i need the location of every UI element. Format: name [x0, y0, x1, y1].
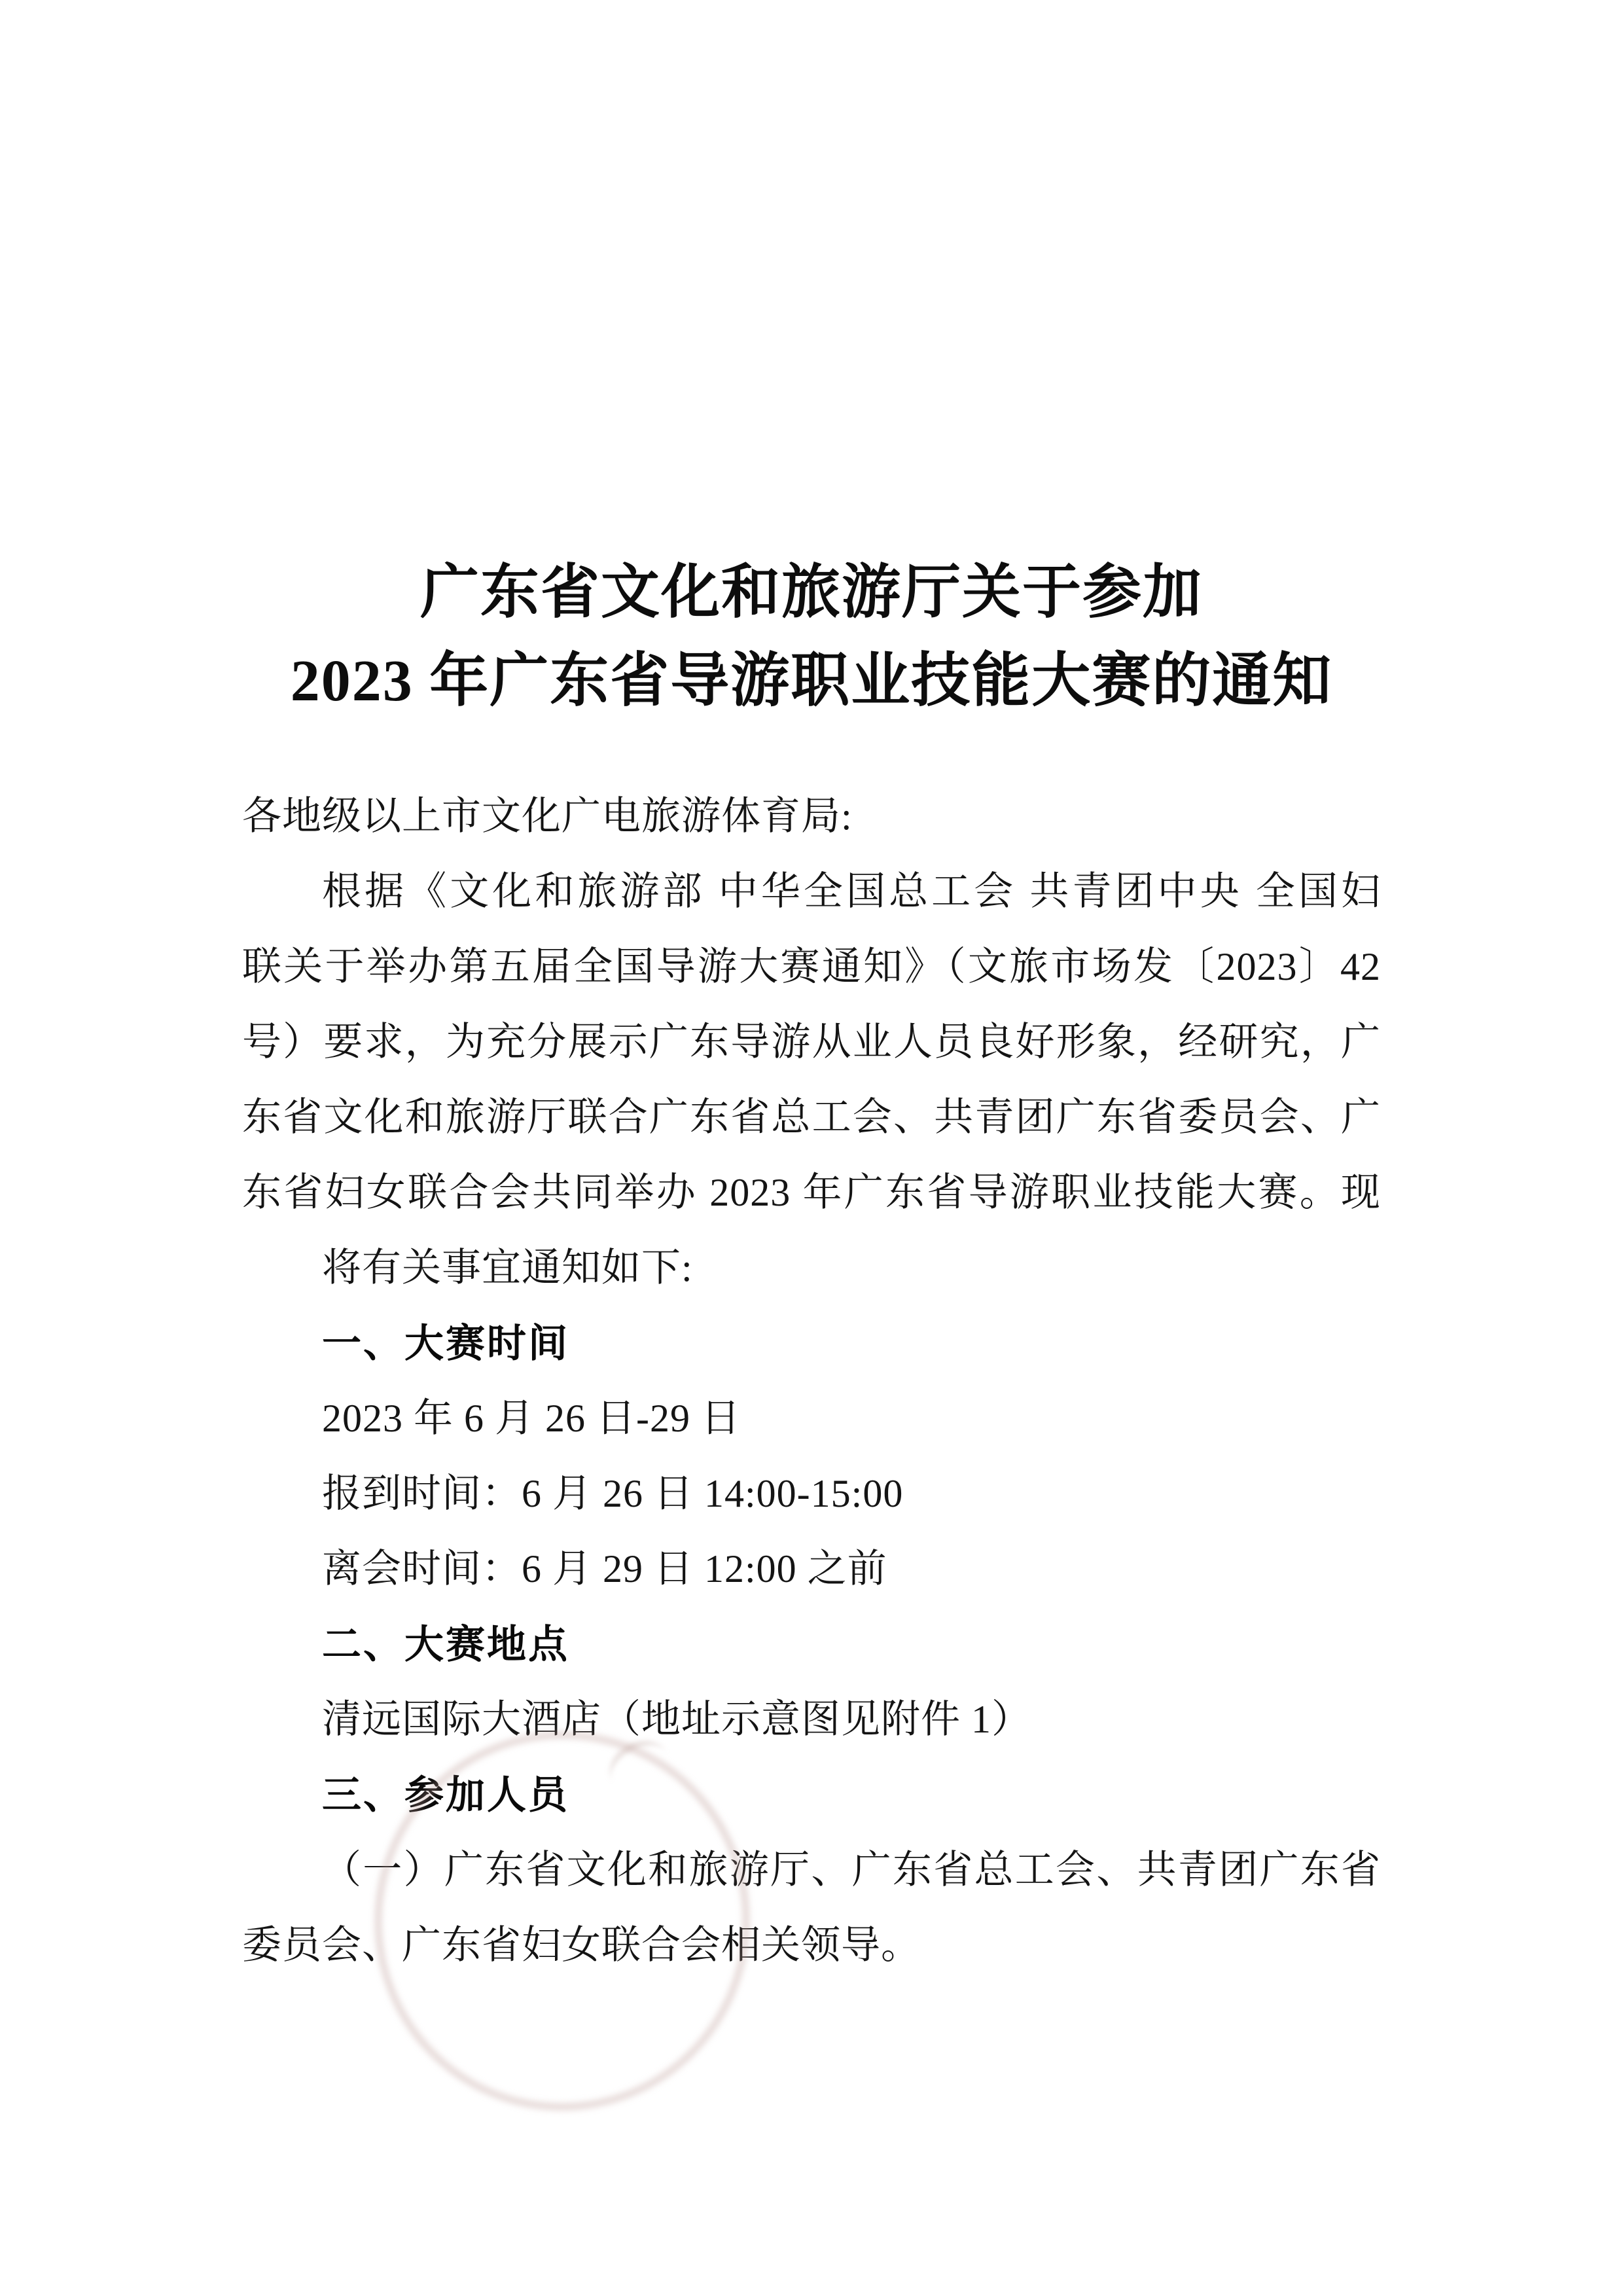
venue-line: 清远国际大酒店（地址示意图见附件 1）	[242, 1682, 1381, 1757]
body-line-6: 东省妇女联合会共同举办 2023 年广东省导游职业技能大赛。现	[242, 1155, 1381, 1230]
body-line-3: 联关于举办第五届全国导游大赛通知》（文旅市场发〔2023〕42	[242, 929, 1381, 1005]
body-line-4: 号）要求，为充分展示广东导游从业人员良好形象，经研究，广	[242, 1005, 1381, 1080]
departure-time-line: 离会时间：6 月 29 日 12:00 之前	[242, 1532, 1381, 1607]
section-heading-1-competition-time: 一、大赛时间	[242, 1306, 1381, 1381]
document-title-line-1: 广东省文化和旅游厅关于参加	[0, 555, 1623, 630]
document-title-line-2: 2023 年广东省导游职业技能大赛的通知	[0, 643, 1623, 719]
competition-date-line: 2023 年 6 月 26 日-29 日	[242, 1381, 1381, 1456]
body-line-7: 将有关事宜通知如下:	[242, 1230, 1381, 1306]
document-page: 广东省文化和旅游厅关于参加 2023 年广东省导游职业技能大赛的通知 各地级以上…	[0, 0, 1623, 2296]
body-line-5: 东省文化和旅游厅联合广东省总工会、共青团广东省委员会、广	[242, 1080, 1381, 1155]
body-line-2: 根据《文化和旅游部 中华全国总工会 共青团中央 全国妇	[242, 854, 1381, 929]
checkin-time-line: 报到时间：6 月 26 日 14:00-15:00	[242, 1456, 1381, 1532]
section-heading-2-competition-venue: 二、大赛地点	[242, 1607, 1381, 1682]
salutation-line: 各地级以上市文化广电旅游体育局:	[242, 779, 1381, 854]
